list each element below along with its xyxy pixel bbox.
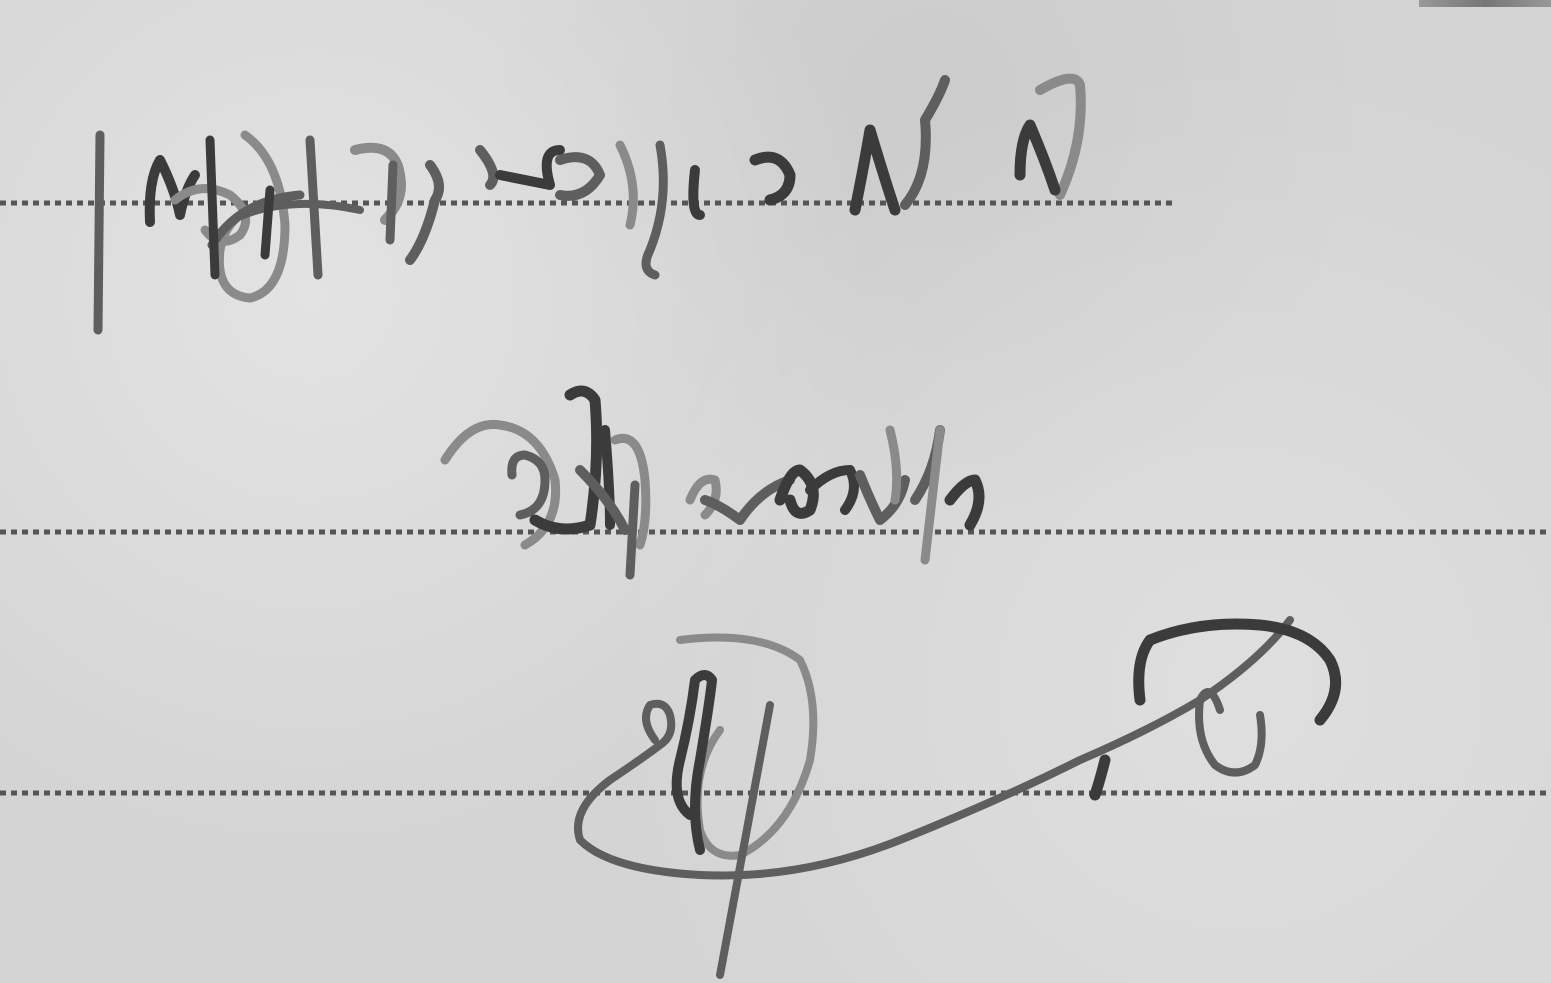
scanned-document: מאַ אליעזר קרוק (שם) אליעזער קרוק ס. קרו… (0, 0, 1551, 983)
handwriting-layer (0, 0, 1551, 983)
handwriting-line-2 (445, 391, 979, 575)
signature (578, 620, 1336, 975)
